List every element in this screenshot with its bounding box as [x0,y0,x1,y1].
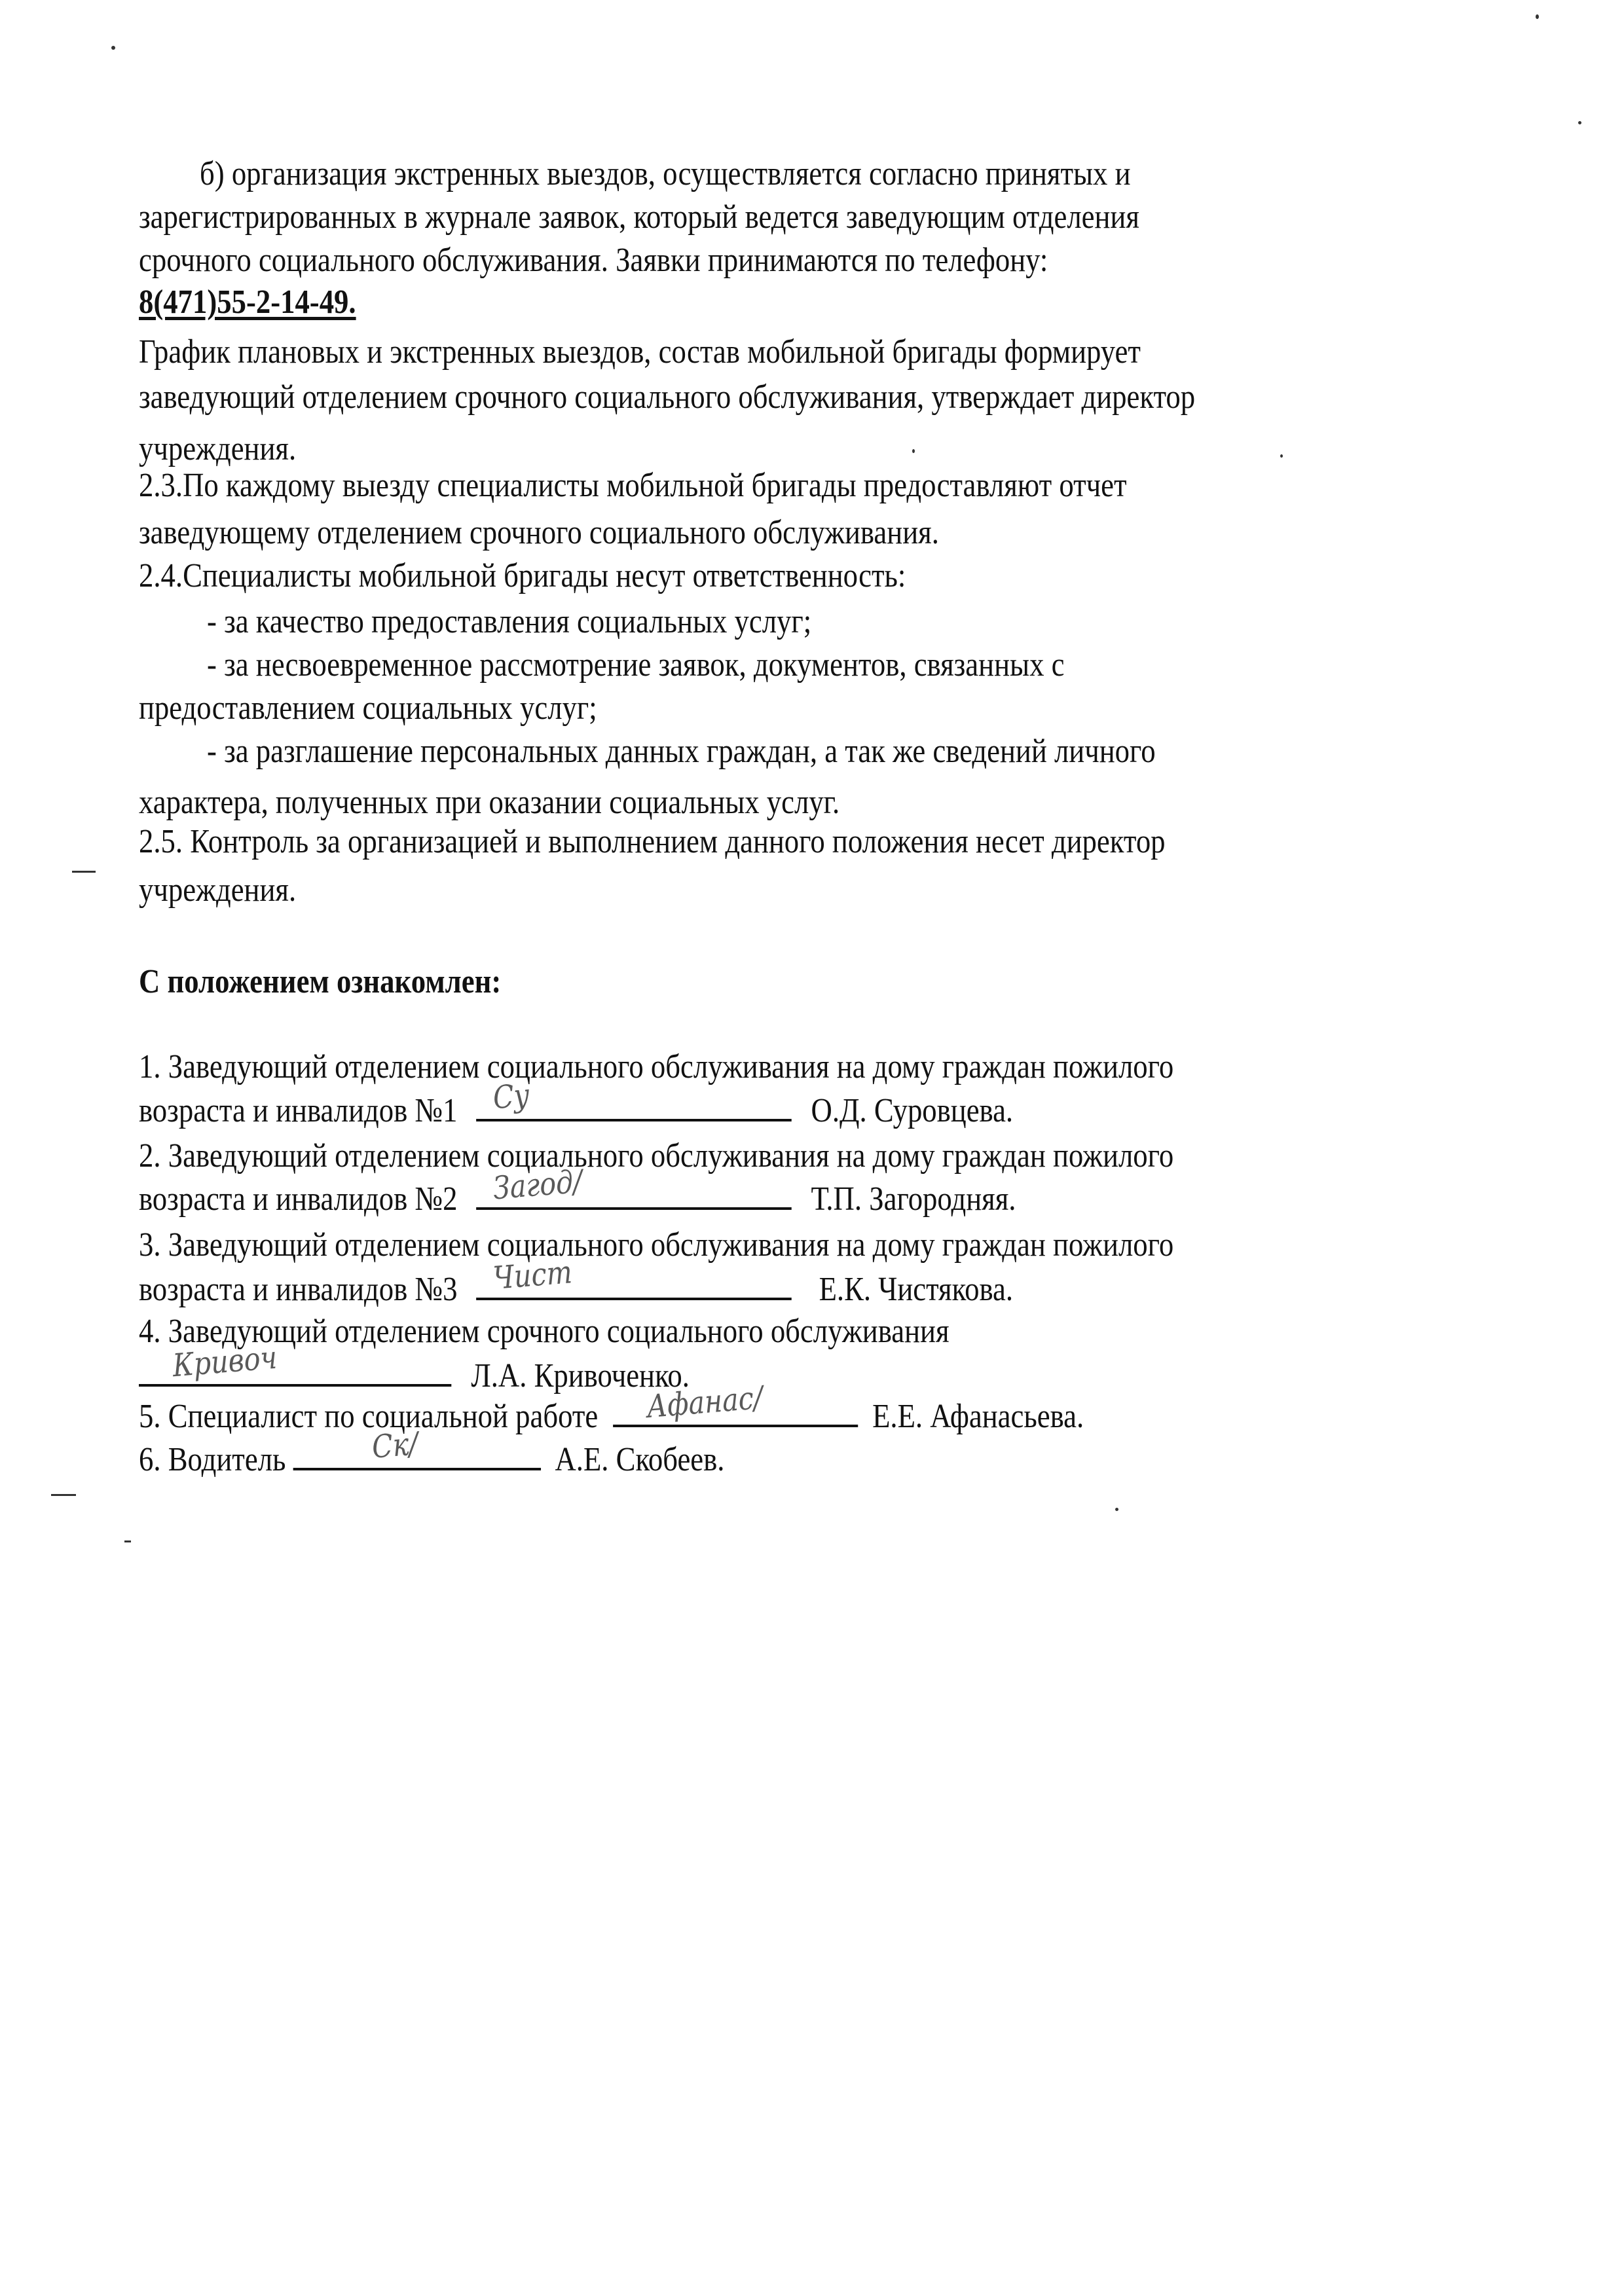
scan-mark [124,1540,131,1542]
signature-line-4: Кривоч [139,1358,451,1387]
schedule-line-2: заведующий отделением срочного социально… [139,378,1195,417]
signature-5: Афанас/ [646,1378,764,1427]
clause-2-4-item-3-cont: характера, полученных при оказании социа… [139,783,840,822]
signatory-2-title: 2. Заведующий отделением социального обс… [139,1137,1173,1176]
signature-line-1: Су [476,1093,792,1121]
scan-speck [1115,1508,1118,1511]
signatory-1-name: О.Д. Суровцева. [811,1092,1014,1129]
schedule-line-3: учреждения. [139,429,296,469]
signature-line-2: Загод/ [476,1181,792,1210]
signatory-6-title: 6. Водитель [139,1441,286,1478]
clause-2-4-item-1: - за качество предоставления социальных … [207,602,811,642]
signatory-2-row: возраста и инвалидов №2 Загод/ Т.П. Заго… [139,1180,1016,1219]
signatory-3-title: 3. Заведующий отделением социального обс… [139,1226,1173,1265]
signature-6: Ск/ [371,1424,419,1467]
signature-4: Кривоч [172,1338,278,1386]
signatory-2-name: Т.П. Загородняя. [811,1180,1016,1218]
signatory-1-row: возраста и инвалидов №1 Су О.Д. Суровцев… [139,1091,1013,1131]
signature-2: Загод/ [492,1162,583,1209]
scan-speck [912,449,915,453]
signatory-2-department: возраста и инвалидов №2 [139,1180,457,1218]
clause-2-4-item-2-cont: предоставлением социальных услуг; [139,689,597,728]
scan-mark [72,871,96,873]
clause-2-5-line-1: 2.5. Контроль за организацией и выполнен… [139,822,1166,862]
clause-2-4-item-3: - за разглашение персональных данных гра… [207,732,1156,771]
clause-2-5-line-2: учреждения. [139,871,296,910]
scan-mark [51,1494,76,1496]
signature-line-5: Афанас/ [614,1398,858,1427]
signature-3: Чист [492,1252,573,1298]
clause-2-4-item-2: - за несвоевременное рассмотрение заявок… [207,646,1064,685]
paragraph-b-line-2: зарегистрированных в журнале заявок, кот… [139,198,1139,237]
signatory-5-row: 5. Специалист по социальной работе Афана… [139,1397,1084,1436]
clause-2-4-heading: 2.4.Специалисты мобильной бригады несут … [139,556,906,596]
signature-line-6: Ск/ [293,1442,541,1470]
signatory-3-row: возраста и инвалидов №3 Чист Е.К. Чистяк… [139,1270,1013,1309]
phone-number: 8(471)55-2-14-49. [139,283,356,322]
signatory-4-row: Кривоч Л.А. Кривоченко. [139,1357,690,1396]
signatory-3-name: Е.К. Чистякова. [819,1271,1013,1308]
document-page: б) организация экстренных выездов, осуще… [0,0,1624,2296]
signatory-6-row: 6. Водитель Ск/ А.Е. Скобеев. [139,1440,724,1480]
schedule-line-1: График плановых и экстренных выездов, со… [139,333,1141,372]
acknowledgement-heading: С положением ознакомлен: [139,962,501,1002]
scan-speck [1280,454,1283,458]
signatory-1-department: возраста и инвалидов №1 [139,1092,457,1129]
clause-2-3-line-2: заведующему отделением срочного социальн… [139,513,939,553]
paragraph-b-line-3: срочного социального обслуживания. Заявк… [139,241,1048,280]
signature-1: Су [492,1076,530,1118]
signatory-6-name: А.Е. Скобеев. [555,1441,724,1478]
signatory-5-title: 5. Специалист по социальной работе [139,1398,598,1435]
clause-2-3-line-1: 2.3.По каждому выезду специалисты мобиль… [139,466,1127,505]
scan-speck [111,46,115,50]
signatory-3-department: возраста и инвалидов №3 [139,1271,457,1308]
scan-speck [1578,121,1581,124]
signatory-1-title: 1. Заведующий отделением социального обс… [139,1048,1173,1087]
signatory-5-name: Е.Е. Афанасьева. [872,1398,1084,1435]
signature-line-3: Чист [476,1271,792,1300]
scan-speck [1536,14,1539,19]
paragraph-b-line-1: б) организация экстренных выездов, осуще… [200,155,1131,194]
